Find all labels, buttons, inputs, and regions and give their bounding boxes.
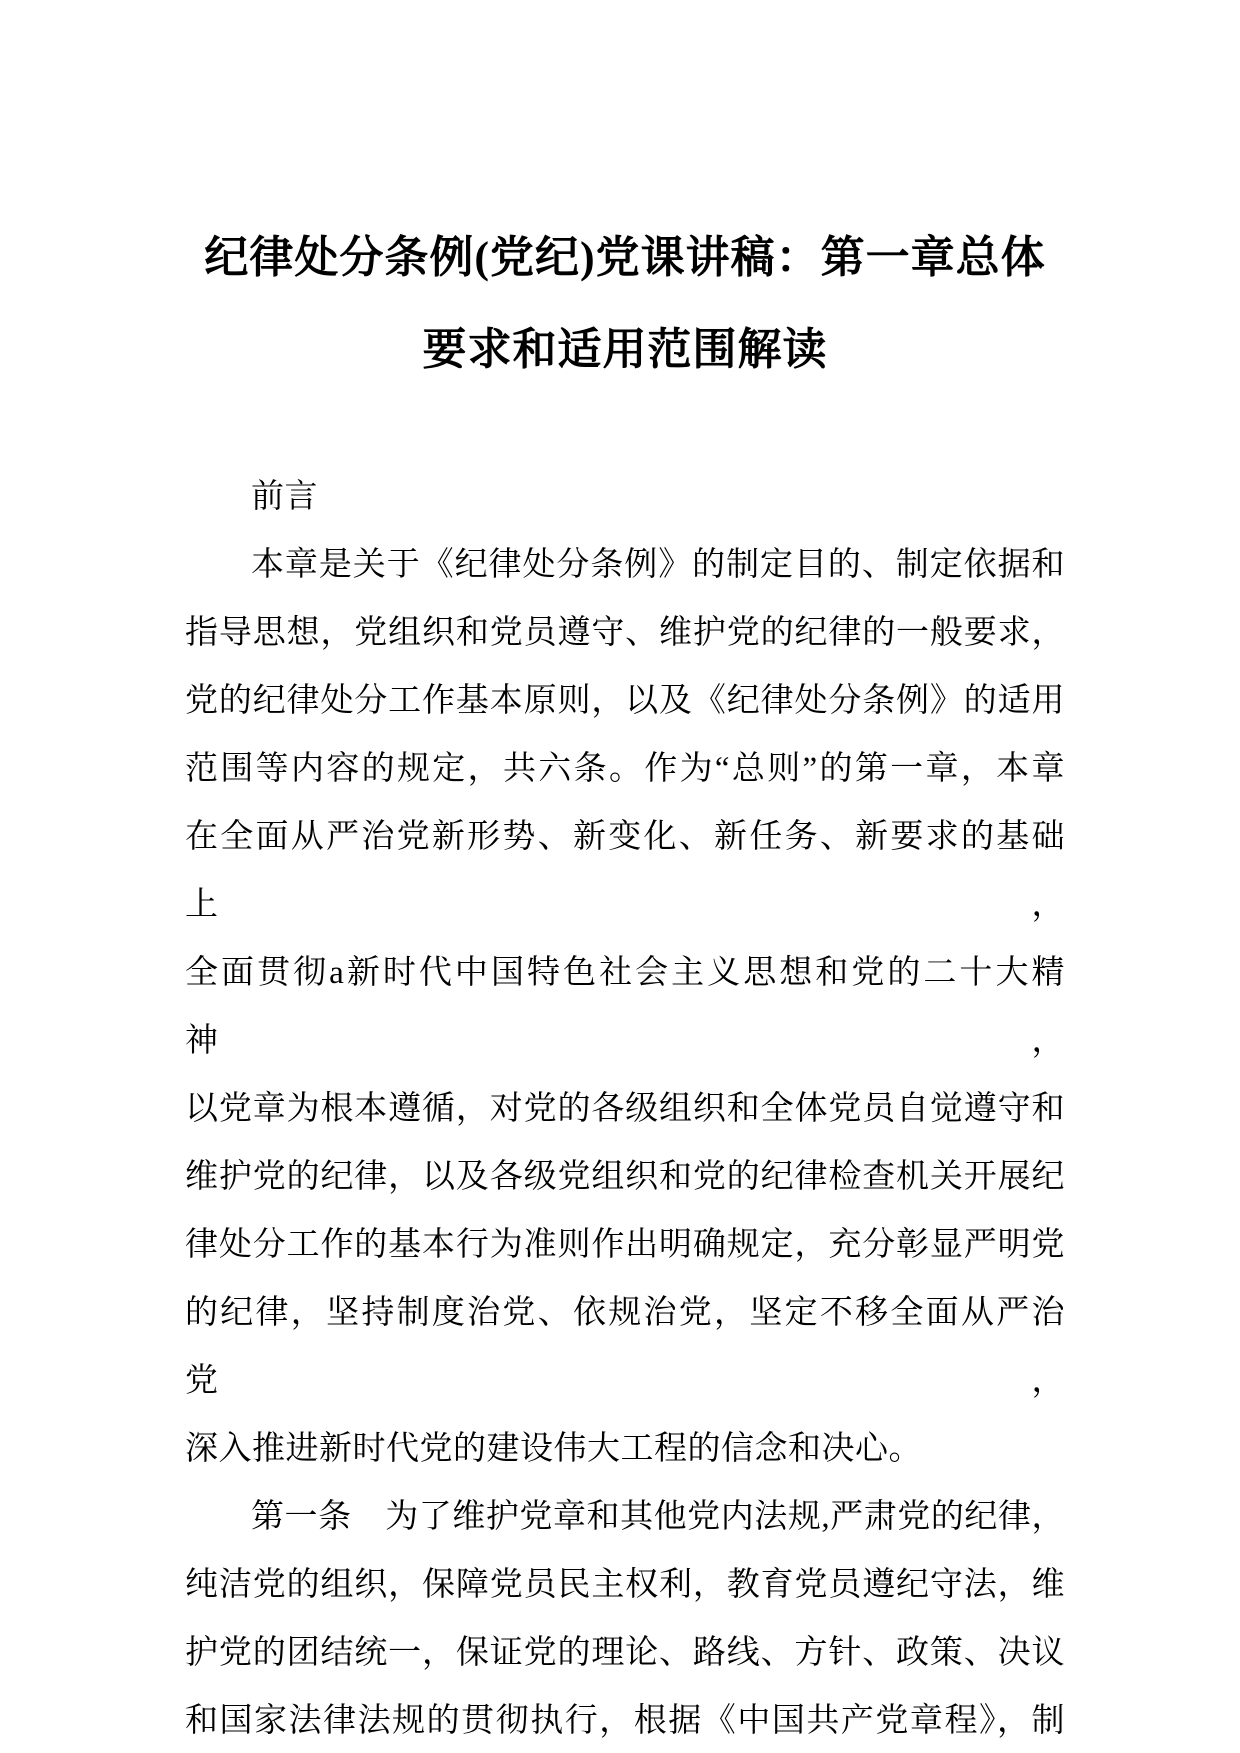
paragraph-preface-heading: 前言 bbox=[185, 463, 1065, 531]
text-line: 的纪律，坚持制度治党、依规治党，坚定不移全面从严治党， bbox=[185, 1279, 1065, 1415]
text-line: 和国家法律法规的贯彻执行，根据《中国共产党章程》，制 bbox=[185, 1687, 1065, 1753]
text-line: 深入推进新时代党的建设伟大工程的信念和决心。 bbox=[185, 1415, 1065, 1483]
paragraph-article-one: 第一条 为了维护党章和其他党内法规,严肃党的纪律， 纯洁党的组织，保障党员民主权… bbox=[185, 1483, 1065, 1753]
document-body: 前言 本章是关于《纪律处分条例》的制定目的、制定依据和 指导思想，党组织和党员遵… bbox=[185, 463, 1065, 1753]
text-line: 本章是关于《纪律处分条例》的制定目的、制定依据和 bbox=[185, 531, 1065, 599]
text-line: 范围等内容的规定，共六条。作为“总则”的第一章，本章 bbox=[185, 735, 1065, 803]
paragraph-preface-body: 本章是关于《纪律处分条例》的制定目的、制定依据和 指导思想，党组织和党员遵守、维… bbox=[185, 531, 1065, 1483]
title-line-2: 要求和适用范围解读 bbox=[185, 304, 1065, 396]
text-line: 第一条 为了维护党章和其他党内法规,严肃党的纪律， bbox=[185, 1483, 1065, 1551]
text-line: 护党的团结统一，保证党的理论、路线、方针、政策、决议 bbox=[185, 1619, 1065, 1687]
text-line: 指导思想，党组织和党员遵守、维护党的纪律的一般要求， bbox=[185, 599, 1065, 667]
text-line: 纯洁党的组织，保障党员民主权利，教育党员遵纪守法，维 bbox=[185, 1551, 1065, 1619]
text-line: 以党章为根本遵循，对党的各级组织和全体党员自觉遵守和 bbox=[185, 1075, 1065, 1143]
text-line: 前言 bbox=[185, 463, 1065, 531]
document-title: 纪律处分条例(党纪)党课讲稿：第一章总体 要求和适用范围解读 bbox=[185, 212, 1065, 396]
text-line: 律处分工作的基本行为准则作出明确规定，充分彰显严明党 bbox=[185, 1211, 1065, 1279]
text-line: 维护党的纪律，以及各级党组织和党的纪律检查机关开展纪 bbox=[185, 1143, 1065, 1211]
document-page: 纪律处分条例(党纪)党课讲稿：第一章总体 要求和适用范围解读 前言 本章是关于《… bbox=[0, 0, 1240, 1753]
text-line: 全面贯彻a新时代中国特色社会主义思想和党的二十大精神， bbox=[185, 939, 1065, 1075]
text-line: 在全面从严治党新形势、新变化、新任务、新要求的基础上， bbox=[185, 803, 1065, 939]
text-line: 党的纪律处分工作基本原则，以及《纪律处分条例》的适用 bbox=[185, 667, 1065, 735]
title-line-1: 纪律处分条例(党纪)党课讲稿：第一章总体 bbox=[185, 212, 1065, 304]
